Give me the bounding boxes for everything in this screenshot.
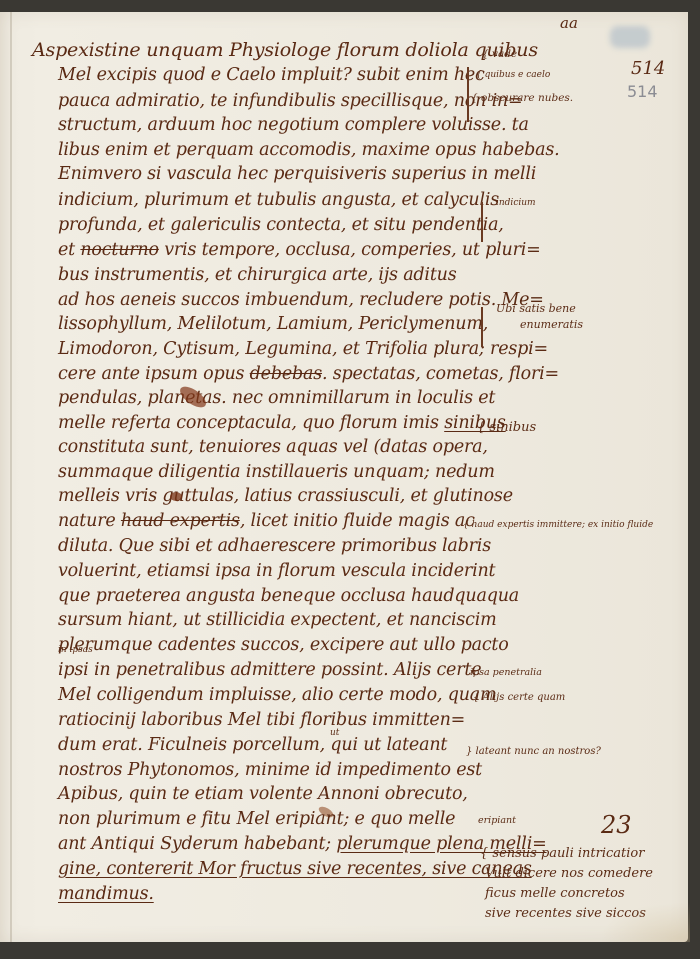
margin-note: Ubi satis bene (496, 302, 576, 315)
text-fragment: melle referta conceptacula, quo florum i… (58, 413, 444, 433)
text-line: cere ante ipsum opus debebas. spectatas,… (58, 364, 559, 384)
header-mark: aa (560, 14, 578, 32)
text-line: dum erat. Ficulneis porcellum, qui ut la… (58, 735, 447, 755)
struck-word: nocturno (80, 240, 158, 260)
text-line: pendulas, planetas. nec omnimillarum in … (58, 388, 495, 408)
text-line: structum, arduum hoc negotium complere v… (58, 115, 529, 135)
text-line: non plurimum e fitu Mel eripiant; e quo … (58, 809, 455, 829)
struck-word: debebas (250, 364, 322, 384)
text-line: ant Antiqui Syderum habebant; plerumque … (58, 834, 547, 854)
manuscript-page: aa 514 514 Aspexistine unquam Physiologe… (0, 12, 688, 942)
margin-note: sive recentes sive siccos (485, 906, 646, 921)
margin-note: { quibus e caelo (476, 70, 550, 80)
margin-bracket (481, 202, 483, 242)
text-line: melle referta conceptacula, quo florum i… (58, 413, 506, 433)
margin-note: ficus melle concretos (485, 886, 625, 901)
margin-note: eripiant (478, 815, 516, 826)
text-line: Aspexistine unquam Physiologe florum dol… (32, 39, 538, 61)
margin-bracket (481, 307, 483, 347)
text-fragment: ant Antiqui Syderum habebant; (58, 834, 336, 854)
margin-note: Vult dicere nos comedere (485, 866, 653, 881)
margin-bracket (467, 67, 469, 122)
folio-number-pencil: 514 (627, 82, 658, 101)
text-fragment: et (58, 240, 80, 260)
ink-blot (170, 492, 182, 501)
text-line: lissophyllum, Melilotum, Lamium, Pericly… (58, 314, 488, 334)
margin-note: enumeratis (520, 318, 583, 331)
margin-note: ipsa penetralia (470, 667, 542, 678)
text-line: libus enim et perquam accomodis, maxime … (58, 140, 560, 160)
margin-note: indicium (496, 198, 536, 208)
text-fragment: vris tempore, occlusa, comperies, ut plu… (159, 240, 541, 260)
folio-number-ink: 514 (631, 58, 665, 79)
margin-note: { vade (482, 48, 517, 60)
text-line: Enimvero si vascula hec perquisiveris su… (58, 164, 536, 184)
margin-note: } lateant nunc an nostros? (466, 746, 601, 757)
page-number-bottom: 23 (601, 811, 632, 839)
text-line: ratiocinij laboribus Mel tibi floribus i… (58, 710, 465, 730)
margin-note: { Alijs certe quam (473, 692, 565, 703)
text-line: Mel colligendum impluisse, alio certe mo… (58, 685, 496, 705)
text-line: nostros Phytonomos, minime id impediment… (58, 760, 482, 780)
text-line: nature haud expertis, licet initio fluid… (58, 511, 475, 531)
text-line: bus instrumentis, et chirurgica arte, ij… (58, 265, 457, 285)
text-line-underlined: mandimus. (58, 884, 154, 904)
water-stain (610, 26, 650, 48)
text-line: diluta. Que sibi et adhaerescere primori… (58, 536, 491, 556)
text-line: constituta sunt, tenuiores aquas vel (da… (58, 437, 488, 457)
text-fragment: . spectatas, cometas, flori= (322, 364, 559, 384)
text-line: sursum hiant, ut stillicidia expectent, … (58, 610, 497, 630)
text-fragment: , licet initio fluide magis ac (240, 511, 475, 531)
text-line: profunda, et galericulis contecta, et si… (58, 215, 504, 235)
text-line: pauca admiratio, te infundibulis specill… (58, 91, 523, 111)
text-line: voluerint, etiamsi ipsa in florum vescul… (58, 561, 495, 581)
text-line: ad hos aeneis succos imbuendum, recluder… (58, 290, 544, 310)
text-line: indicium, plurimum et tubulis angusta, e… (58, 190, 499, 210)
margin-note: { sinibus (477, 420, 536, 435)
text-line: Apibus, quin te etiam volente Annoni obr… (58, 784, 468, 804)
text-line: ipsi in penetralibus admittere possint. … (58, 660, 481, 680)
margin-note: { haud expertis immittere; ex initio flu… (463, 520, 653, 530)
text-line: summaque diligentia instillaueris unquam… (58, 462, 495, 482)
text-line: melleis vris guttulas, latius crassiuscu… (58, 486, 513, 506)
margin-note: { obscurare nubes. (471, 92, 573, 104)
text-fragment: cere ante ipsum opus (58, 364, 250, 384)
struck-word: haud expertis (121, 511, 240, 531)
text-line: et nocturno vris tempore, occlusa, compe… (58, 240, 541, 260)
interlinear-note: in ipsas (58, 645, 93, 655)
text-line: Limodoron, Cytisum, Legumina, et Trifoli… (58, 339, 548, 359)
text-line: plerumque cadentes succos, excipere aut … (58, 635, 509, 655)
text-line: que praeterea angusta beneque occlusa ha… (58, 586, 519, 606)
margin-note: { sensus pauli intricatior (480, 846, 644, 861)
text-line-underlined: gine, contererit Mor fructus sive recent… (58, 859, 532, 879)
text-fragment: nature (58, 511, 121, 531)
text-line: Mel excipis quod e Caelo impluit? subit … (58, 65, 485, 85)
